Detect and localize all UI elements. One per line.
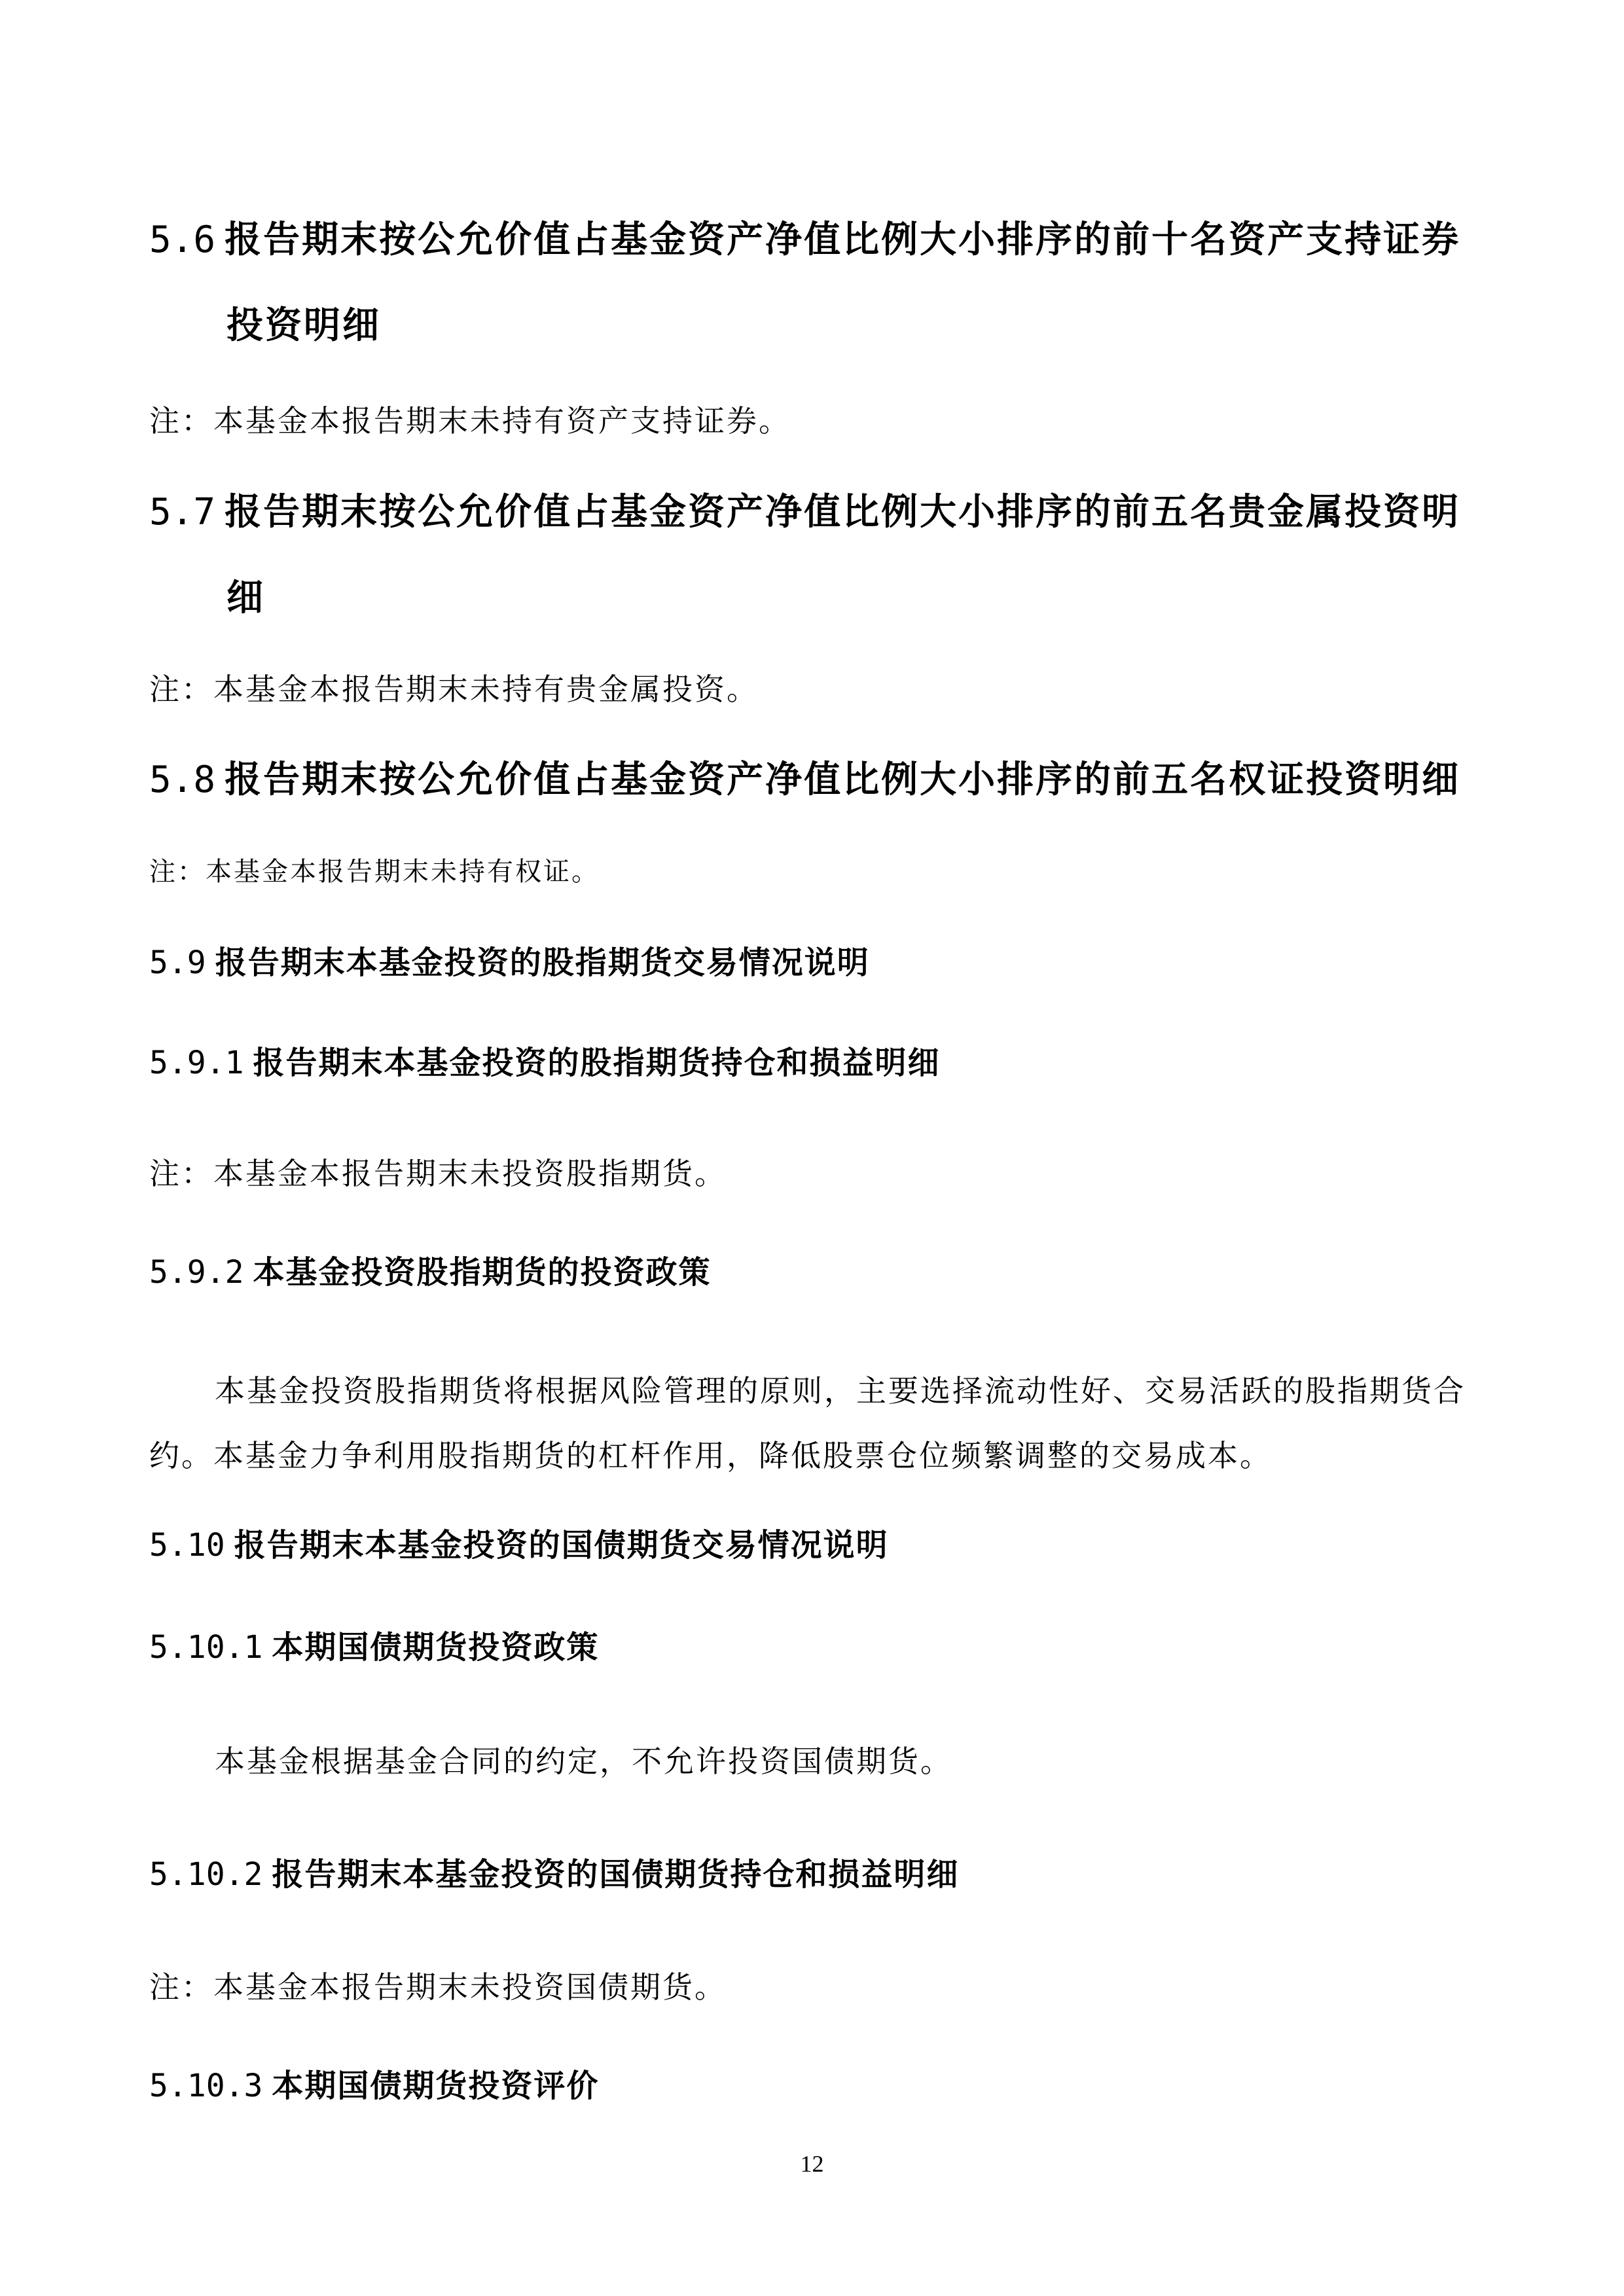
section-number: 5.10 [149, 1527, 225, 1564]
heading-text: 报告期末本基金投资的国债期货持仓和损益明细 [272, 1856, 959, 1893]
heading-text: 本基金投资股指期货的投资政策 [253, 1254, 712, 1291]
section-number: 5.9.2 [149, 1254, 244, 1291]
heading-5-6: 5.6报告期末按公允价值占基金资产净值比例大小排序的前十名资产支持证券 投资明细 [149, 219, 1460, 346]
heading-text: 报告期末按公允价值占基金资产净值比例大小排序的前十名资产支持证券 [225, 218, 1460, 261]
heading-text: 报告期末按公允价值占基金资产净值比例大小排序的前五名贵金属投资明 [225, 490, 1460, 533]
section-number: 5.10.3 [149, 2068, 262, 2104]
heading-5-10: 5.10报告期末本基金投资的国债期货交易情况说明 [149, 1527, 889, 1564]
section-number: 5.7 [149, 491, 215, 533]
heading-text: 报告期末本基金投资的股指期货持仓和损益明细 [253, 1045, 941, 1081]
section-number: 5.10.1 [149, 1629, 262, 1666]
note-5-7: 注：本基金本报告期末未持有贵金属投资。 [149, 672, 759, 707]
heading-text: 报告期末本基金投资的股指期货交易情况说明 [215, 944, 870, 981]
section-number: 5.8 [149, 759, 215, 801]
paragraph-5-10-1: 本基金根据基金合同的约定，不允许投资国债期货。 [149, 1744, 952, 1779]
paragraph-line: 本基金投资股指期货将根据风险管理的原则，主要选择流动性好、交易活跃的股指期货合 [149, 1373, 1466, 1408]
section-number: 5.9 [149, 944, 206, 981]
paragraph-5-9-2: 本基金投资股指期货将根据风险管理的原则，主要选择流动性好、交易活跃的股指期货合 … [149, 1373, 1466, 1473]
heading-continuation: 投资明细 [149, 304, 1460, 346]
heading-5-10-1: 5.10.1本期国债期货投资政策 [149, 1629, 599, 1666]
heading-5-9-1: 5.9.1报告期末本基金投资的股指期货持仓和损益明细 [149, 1045, 941, 1081]
page-number: 12 [0, 2150, 1624, 2178]
note-5-8: 注：本基金本报告期末未持有权证。 [149, 854, 600, 889]
heading-text: 本期国债期货投资评价 [272, 2068, 599, 2104]
section-number: 5.6 [149, 219, 215, 261]
paragraph-line: 本基金根据基金合同的约定，不允许投资国债期货。 [149, 1744, 952, 1779]
note-5-9-1: 注：本基金本报告期末未投资股指期货。 [149, 1156, 727, 1191]
heading-5-9-2: 5.9.2本基金投资股指期货的投资政策 [149, 1254, 712, 1291]
heading-text: 本期国债期货投资政策 [272, 1629, 599, 1666]
section-number: 5.9.1 [149, 1045, 244, 1081]
heading-text: 报告期末按公允价值占基金资产净值比例大小排序的前五名权证投资明细 [225, 758, 1460, 801]
heading-5-7: 5.7报告期末按公允价值占基金资产净值比例大小排序的前五名贵金属投资明 细 [149, 491, 1460, 619]
section-number: 5.10.2 [149, 1856, 262, 1893]
heading-continuation: 细 [149, 577, 1460, 619]
heading-5-10-2: 5.10.2报告期末本基金投资的国债期货持仓和损益明细 [149, 1856, 959, 1893]
note-5-6: 注：本基金本报告期末未持有资产支持证券。 [149, 403, 791, 439]
heading-5-8: 5.8报告期末按公允价值占基金资产净值比例大小排序的前五名权证投资明细 [149, 759, 1460, 801]
paragraph-line: 约。本基金力争利用股指期货的杠杆作用，降低股票仓位频繁调整的交易成本。 [149, 1438, 1466, 1473]
heading-5-10-3: 5.10.3本期国债期货投资评价 [149, 2068, 599, 2104]
heading-text: 报告期末本基金投资的国债期货交易情况说明 [234, 1527, 889, 1564]
note-5-10-2: 注：本基金本报告期末未投资国债期货。 [149, 1969, 727, 2005]
heading-5-9: 5.9报告期末本基金投资的股指期货交易情况说明 [149, 944, 870, 981]
